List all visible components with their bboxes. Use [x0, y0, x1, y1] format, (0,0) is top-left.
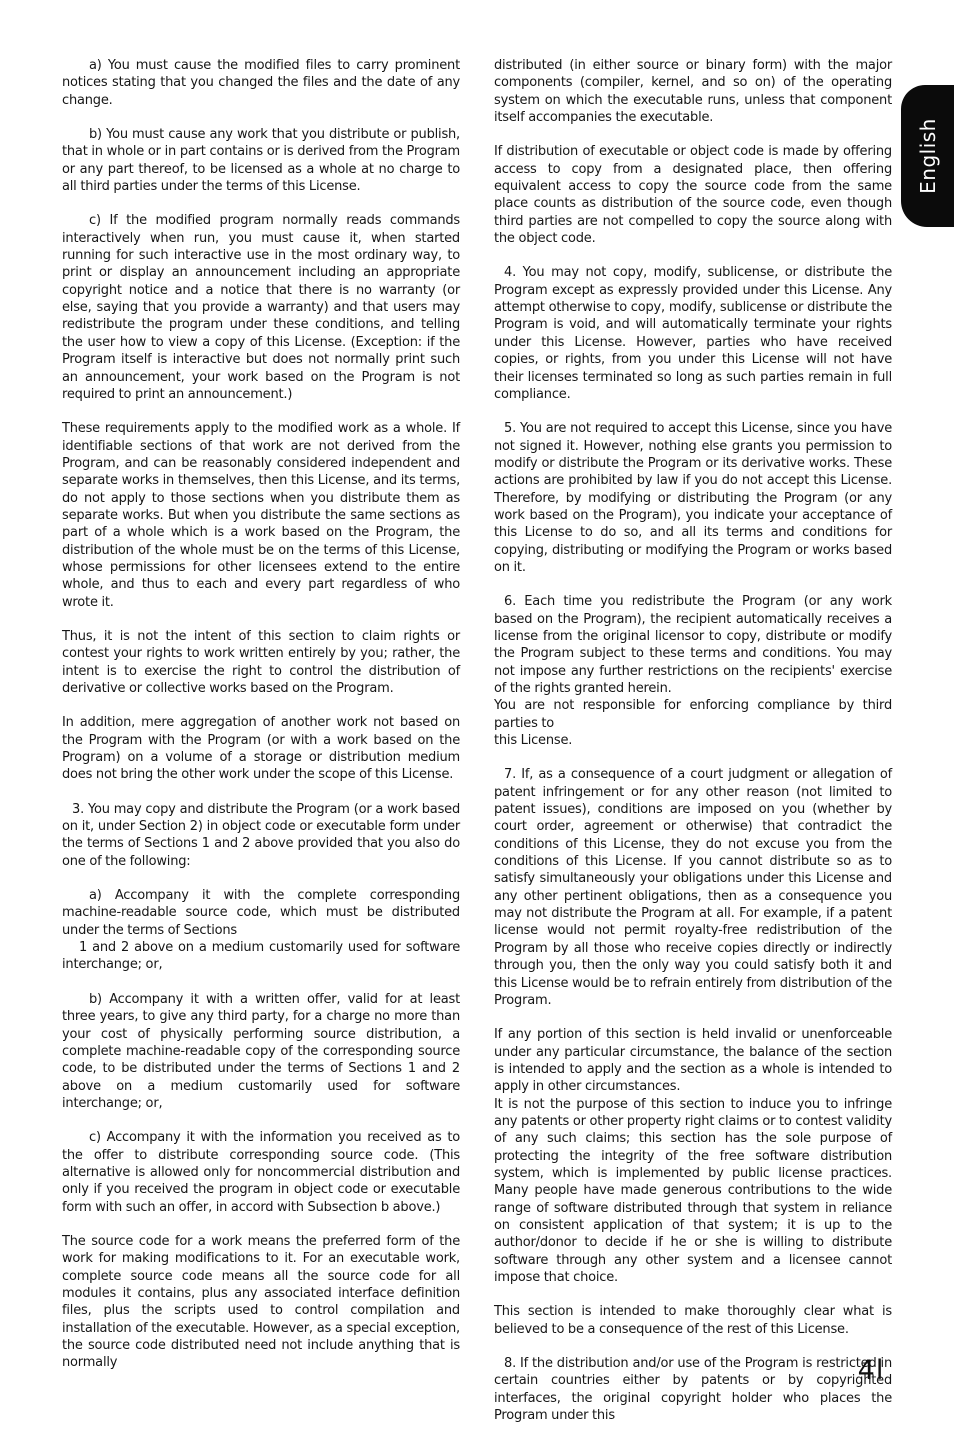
paragraph: This section is intended to make thoroug… — [494, 1303, 892, 1338]
text-columns: a) You must cause the modified files to … — [62, 57, 892, 1424]
paragraph: a) You must cause the modified files to … — [62, 57, 460, 109]
paragraph: b) Accompany it with a written offer, va… — [62, 991, 460, 1112]
paragraph: Thus, it is not the intent of this secti… — [62, 628, 460, 697]
paragraph: These requirements apply to the modified… — [62, 420, 460, 611]
paragraph: 1 and 2 above on a medium customarily us… — [62, 939, 460, 974]
paragraph: 7. If, as a consequence of a court judgm… — [494, 766, 892, 1009]
paragraph: If any portion of this section is held i… — [494, 1026, 892, 1095]
paragraph: The source code for a work means the pre… — [62, 1233, 460, 1372]
paragraph: 8. If the distribution and/or use of the… — [494, 1355, 892, 1424]
paragraph: c) Accompany it with the information you… — [62, 1129, 460, 1216]
language-tab-label: English — [916, 118, 940, 194]
paragraph: 5. You are not required to accept this L… — [494, 420, 892, 576]
paragraph: 3. You may copy and distribute the Progr… — [62, 801, 460, 870]
document-page: { "page": { "language_tab": "English", "… — [0, 0, 954, 1432]
paragraph: You are not responsible for enforcing co… — [494, 697, 892, 732]
paragraph: c) If the modified program normally read… — [62, 212, 460, 403]
paragraph: 6. Each time you redistribute the Progra… — [494, 593, 892, 697]
language-tab: English — [901, 85, 954, 227]
left-column: a) You must cause the modified files to … — [62, 57, 460, 1424]
paragraph: It is not the purpose of this section to… — [494, 1096, 892, 1287]
right-column: distributed (in either source or binary … — [494, 57, 892, 1424]
paragraph: b) You must cause any work that you dist… — [62, 126, 460, 195]
paragraph: 4. You may not copy, modify, sublicense,… — [494, 264, 892, 403]
page-number: 4l — [845, 1355, 897, 1386]
paragraph: In addition, mere aggregation of another… — [62, 714, 460, 783]
paragraph: If distribution of executable or object … — [494, 143, 892, 247]
paragraph: a) Accompany it with the complete corres… — [62, 887, 460, 939]
paragraph: distributed (in either source or binary … — [494, 57, 892, 126]
paragraph: this License. — [494, 732, 892, 749]
